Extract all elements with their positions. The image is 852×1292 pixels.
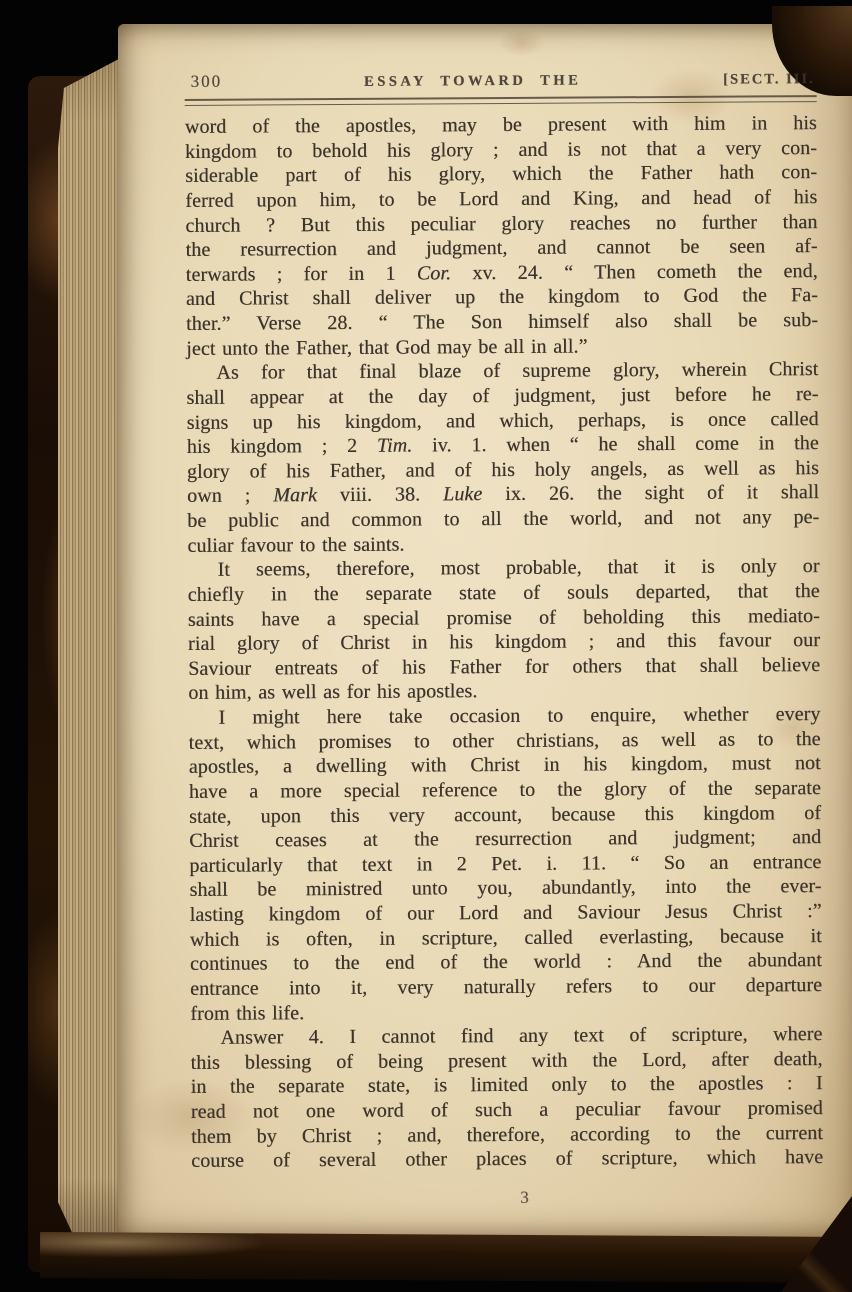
text-line: shall appear at the day of judgment, jus… [186, 382, 818, 410]
text-line: It seems, therefore, most probable, that… [188, 554, 820, 582]
body-text: word of the apostles, may be present wit… [185, 111, 823, 1174]
running-header: 300 ESSAY TOWARD THE [SECT. III. [185, 68, 817, 99]
book-photograph: 300 ESSAY TOWARD THE [SECT. III. word of… [0, 0, 852, 1292]
text-line: be public and common to all the world, a… [187, 505, 819, 533]
text-line: course of several other places of script… [191, 1145, 823, 1173]
running-title: ESSAY TOWARD THE [364, 73, 581, 91]
signature-mark: 3 [191, 1186, 823, 1210]
page-number: 300 [191, 72, 223, 92]
paragraph: As for that final blaze of supreme glory… [186, 357, 819, 558]
text-line: apostles, a dwelling with Christ in his … [189, 751, 821, 779]
text-line: ferred upon him, to be Lord and King, an… [185, 185, 817, 213]
text-line: read not one word of such a peculiar fav… [191, 1096, 823, 1124]
text-line: As for that final blaze of supreme glory… [186, 357, 818, 385]
section-label: [SECT. III. [723, 71, 815, 89]
text-line: siderable part of his glory, which the F… [185, 160, 817, 188]
paragraph: Answer 4. I cannot find any text of scri… [190, 1022, 823, 1174]
text-line: have a more special reference to the glo… [189, 776, 821, 804]
text-line: the resurrection and judgment, and canno… [186, 234, 818, 262]
text-line: Christ ceases at the resurrection and ju… [189, 825, 821, 853]
paragraph: It seems, therefore, most probable, that… [188, 554, 821, 706]
paragraph: word of the apostles, may be present wit… [185, 111, 818, 361]
text-line: word of the apostles, may be present wit… [185, 111, 817, 139]
text-line: entrance into it, very naturally refers … [190, 973, 822, 1001]
text-line: Saviour entreats of his Father for other… [188, 653, 820, 681]
printed-page-content: 300 ESSAY TOWARD THE [SECT. III. word of… [185, 68, 824, 1210]
book-bottom-edge [40, 1232, 852, 1283]
text-line: Answer 4. I cannot find any text of scri… [190, 1022, 822, 1050]
text-line: rial glory of Christ in his kingdom ; an… [188, 628, 820, 656]
text-line: I might here take occasion to enquire, w… [188, 702, 820, 730]
text-line: text, which promises to other christians… [189, 727, 821, 755]
text-line: lasting kingdom of our Lord and Saviour … [190, 899, 822, 927]
text-line: continues to the end of the world : And … [190, 948, 822, 976]
text-line: chiefly in the separate state of souls d… [188, 579, 820, 607]
text-line: his kingdom ; 2 Tim. iv. 1. when “ he sh… [187, 431, 819, 459]
paragraph: I might here take occasion to enquire, w… [188, 702, 822, 1026]
text-line: ther.” Verse 28. “ The Son himself also … [186, 308, 818, 336]
